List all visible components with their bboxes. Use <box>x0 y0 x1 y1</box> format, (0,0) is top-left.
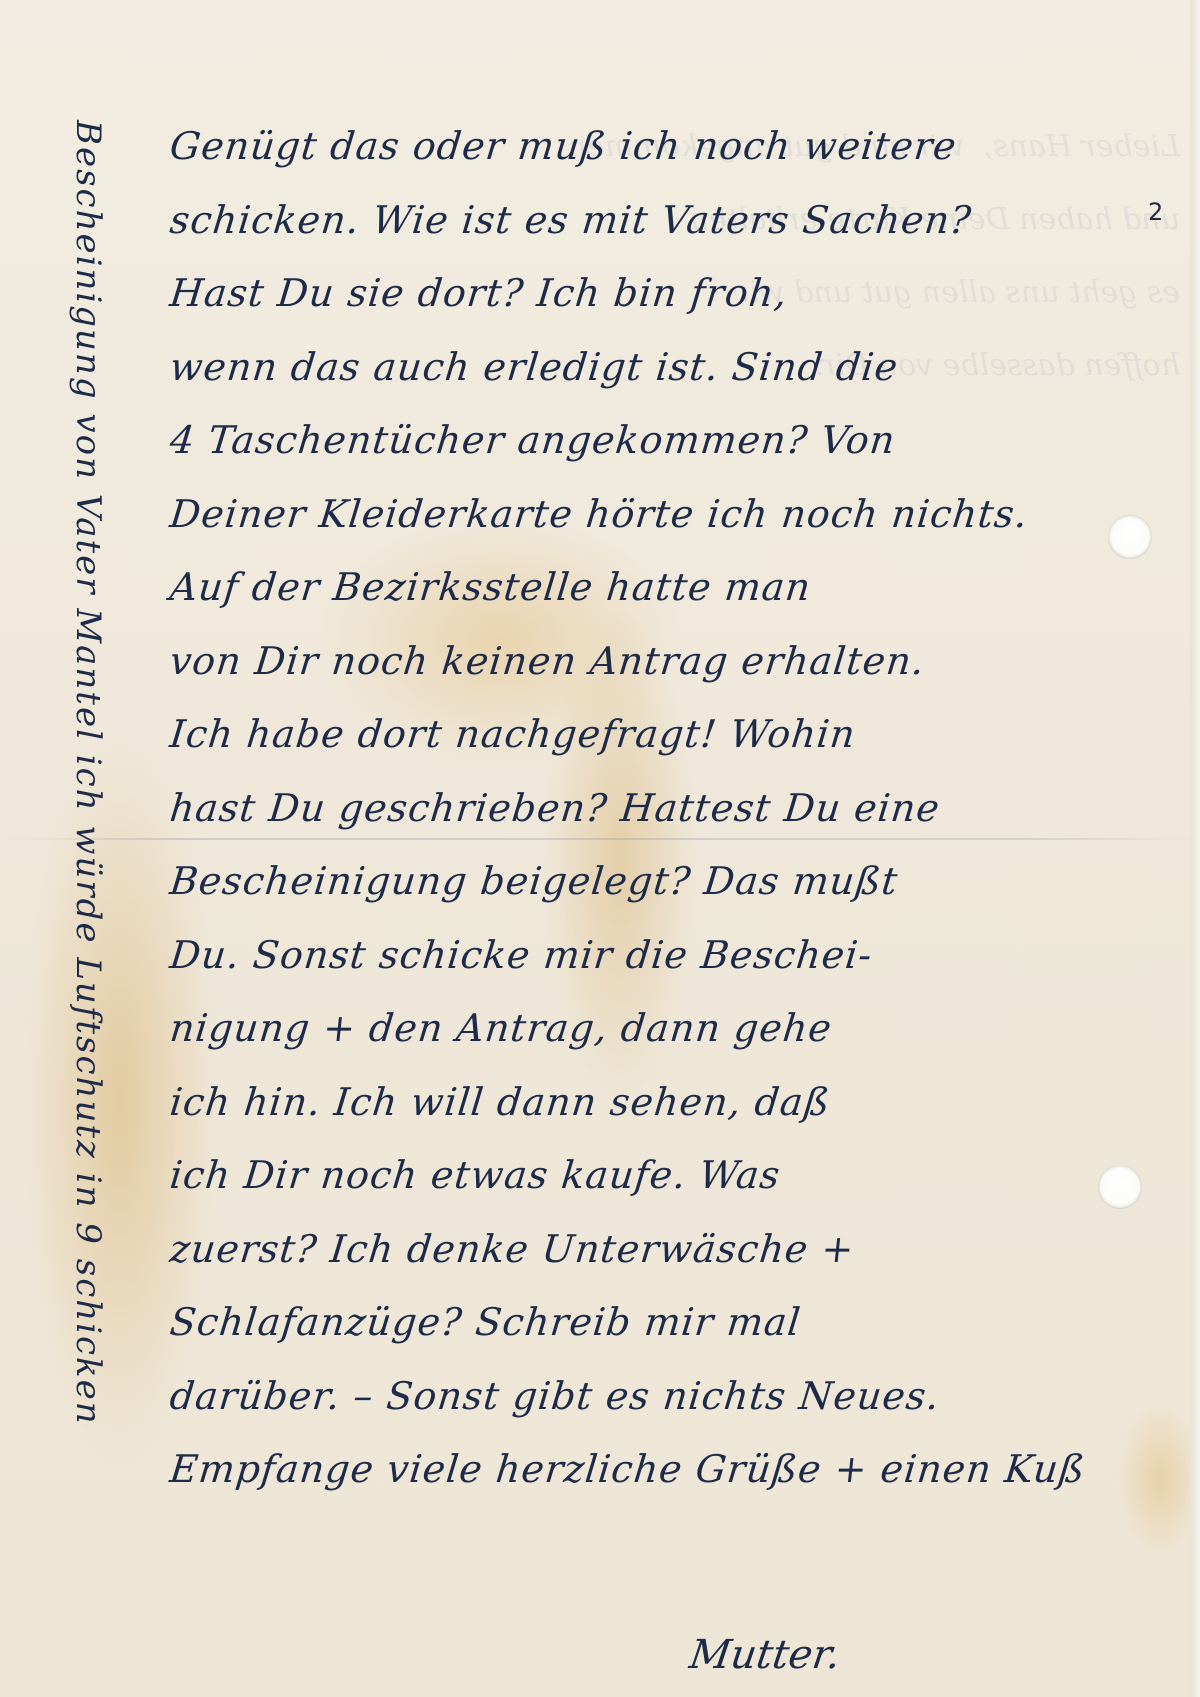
letter-line: darüber. – Sonst gibt es nichts Neues. <box>166 1360 1174 1434</box>
letter-line: zuerst? Ich denke Unterwäsche + <box>166 1213 1174 1287</box>
signature: Mutter. <box>687 1632 843 1678</box>
letter-line: von Dir noch keinen Antrag erhalten. <box>166 625 1174 699</box>
letter-line: ich Dir noch etwas kaufe. Was <box>166 1139 1174 1213</box>
letter-line: Genügt das oder muß ich noch weitere <box>166 110 1174 184</box>
letter-line: Deiner Kleiderkarte hörte ich noch nicht… <box>166 478 1174 552</box>
letter-line: nigung + den Antrag, dann gehe <box>166 992 1174 1066</box>
letter-line: Ich habe dort nachgefragt! Wohin <box>166 698 1174 772</box>
letter-line: wenn das auch erledigt ist. Sind die <box>166 331 1174 405</box>
letter-line: Du. Sonst schicke mir die Beschei- <box>166 919 1174 993</box>
scan-edge <box>1190 0 1200 1697</box>
letter-line: Auf der Bezirksstelle hatte man <box>166 551 1174 625</box>
margin-note: Bescheinigung von Vater Mantel ich würde… <box>58 120 118 1697</box>
letter-line: Empfange viele herzliche Grüße + einen K… <box>166 1433 1174 1507</box>
letter-line: schicken. Wie ist es mit Vaters Sachen? <box>166 184 1174 258</box>
letter-page: Lieber Hans, wir sind gut angekommen und… <box>0 0 1200 1697</box>
letter-line: Schlafanzüge? Schreib mir mal <box>166 1286 1174 1360</box>
letter-body: Genügt das oder muß ich noch weitere sch… <box>170 110 1170 1507</box>
letter-line: ich hin. Ich will dann sehen, daß <box>166 1066 1174 1140</box>
letter-line: Hast Du sie dort? Ich bin froh, <box>166 257 1174 331</box>
letter-line: Bescheinigung beigelegt? Das mußt <box>166 845 1174 919</box>
letter-line: hast Du geschrieben? Hattest Du eine <box>166 772 1174 846</box>
letter-line: 4 Taschentücher angekommen? Von <box>166 404 1174 478</box>
